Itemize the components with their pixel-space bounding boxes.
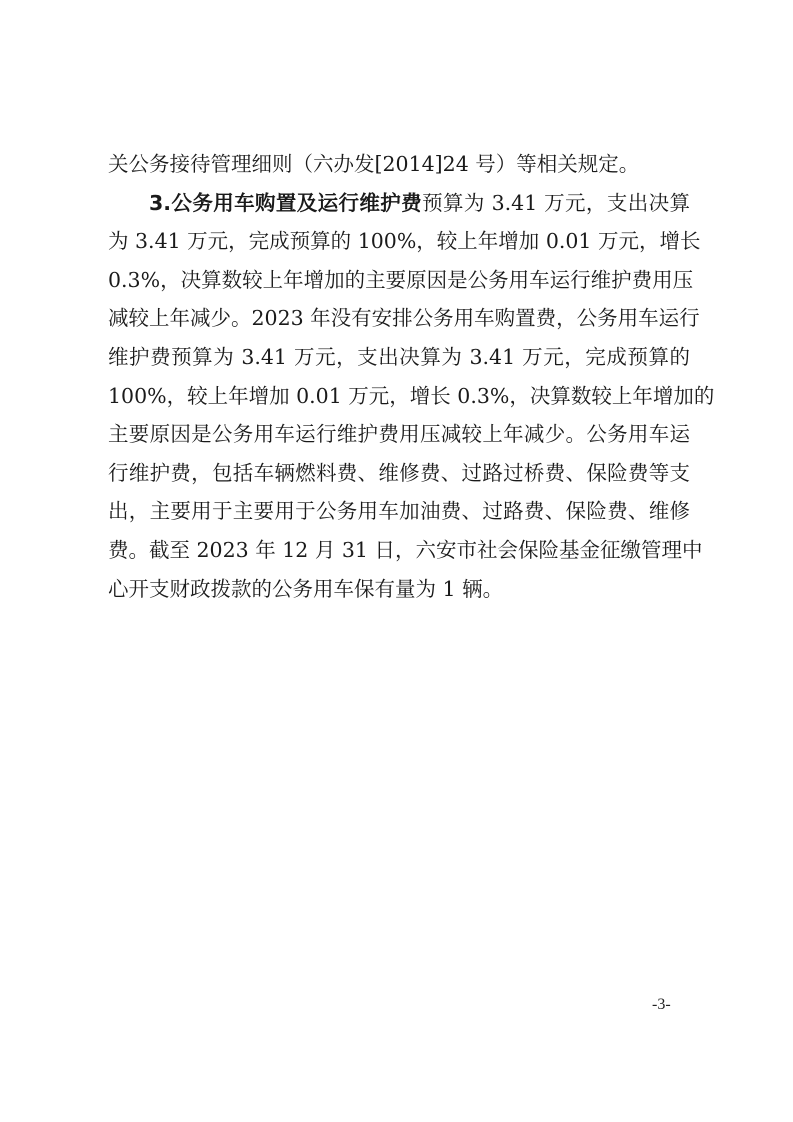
section-heading: 3.公务用车购置及运行维护费: [149, 191, 422, 215]
paragraph-line: 主要原因是公务用车运行维护费用压减较上年减少。公务用车运: [108, 415, 690, 454]
paragraph-text: 预算为 3.41 万元，支出决算: [422, 191, 690, 215]
paragraph-line: 减较上年减少。2023 年没有安排公务用车购置费，公务用车运行: [108, 299, 690, 338]
paragraph-line: 0.3%，决算数较上年增加的主要原因是公务用车运行维护费用压: [108, 261, 690, 300]
section-heading-line: 3.公务用车购置及运行维护费预算为 3.41 万元，支出决算: [108, 184, 690, 223]
paragraph-line: 心开支财政拨款的公务用车保有量为 1 辆。: [108, 570, 690, 609]
paragraph-line: 出，主要用于主要用于公务用车加油费、过路费、保险费、维修: [108, 492, 690, 531]
paragraph-line: 关公务接待管理细则（六办发[2014]24 号）等相关规定。: [108, 145, 690, 184]
body-text: 关公务接待管理细则（六办发[2014]24 号）等相关规定。 3.公务用车购置及…: [108, 145, 690, 608]
page-number: -3-: [652, 996, 671, 1014]
paragraph-line: 费。截至 2023 年 12 月 31 日，六安市社会保险基金征缴管理中: [108, 531, 690, 570]
paragraph-line: 100%，较上年增加 0.01 万元，增长 0.3%，决算数较上年增加的: [108, 377, 690, 416]
paragraph-line: 为 3.41 万元，完成预算的 100%，较上年增加 0.01 万元，增长: [108, 222, 690, 261]
document-page: 关公务接待管理细则（六办发[2014]24 号）等相关规定。 3.公务用车购置及…: [0, 0, 793, 1122]
paragraph-line: 行维护费，包括车辆燃料费、维修费、过路过桥费、保险费等支: [108, 454, 690, 493]
paragraph-line: 维护费预算为 3.41 万元，支出决算为 3.41 万元，完成预算的: [108, 338, 690, 377]
